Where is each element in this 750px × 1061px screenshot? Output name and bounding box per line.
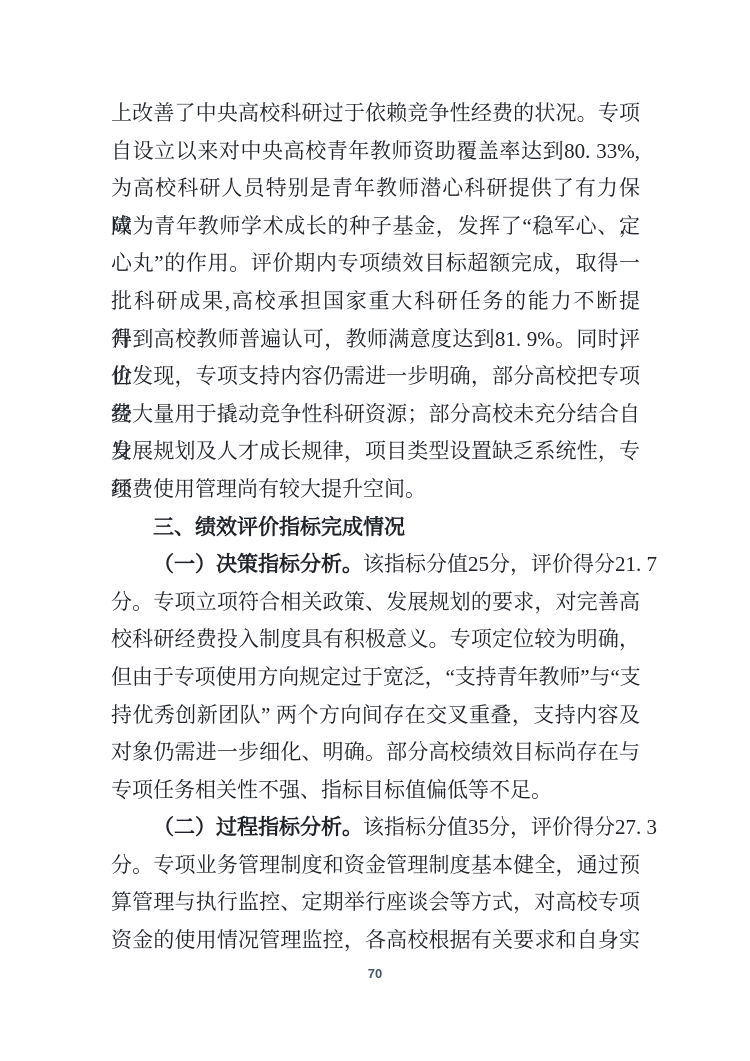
text-segment: 分。专项立项符合相关政策、发展规划的要求，对完善高 bbox=[111, 590, 640, 614]
text-line: 也发现，专项支持内容仍需进一步明确，部分高校把专项经 bbox=[111, 358, 640, 396]
text-segment: 持优秀创新团队” 两个方向间存在交叉重叠，支持内容及 bbox=[111, 703, 640, 727]
document-page: 上改善了中央高校科研过于依赖竞争性经费的状况。专项自设立以来对中央高校青年教师资… bbox=[0, 0, 750, 1061]
text-segment: 专项任务相关性不强、指标目标值偏低等不足。 bbox=[111, 778, 552, 802]
page-number: 70 bbox=[0, 966, 750, 981]
text-line: 分。专项业务管理制度和资金管理制度基本健全，通过预 bbox=[111, 847, 640, 885]
text-segment: 校科研经费投入制度具有积极意义。专项定位较为明确， bbox=[111, 627, 640, 651]
text-segment: 但由于专项使用方向规定过于宽泛，“支持青年教师”与“支 bbox=[111, 665, 640, 689]
text-line: 分。专项立项符合相关政策、发展规划的要求，对完善高 bbox=[111, 584, 640, 622]
text-segment: 分。专项业务管理制度和资金管理制度基本健全，通过预 bbox=[111, 853, 640, 877]
text-line: 校科研经费投入制度具有积极意义。专项定位较为明确， bbox=[111, 621, 640, 659]
text-segment: 经费使用管理尚有较大提升空间。 bbox=[111, 477, 426, 501]
text-segment: 三、绩效评价指标完成情况 bbox=[153, 516, 405, 539]
text-line: 心丸”的作用。评价期内专项绩效目标超额完成，取得一 bbox=[111, 245, 640, 283]
text-line: 为高校科研人员特别是青年教师潜心科研提供了有力保障， bbox=[111, 170, 640, 208]
text-segment: 上改善了中央高校科研过于依赖竞争性经费的状况。专项 bbox=[111, 101, 640, 125]
page-content: 上改善了中央高校科研过于依赖竞争性经费的状况。专项自设立以来对中央高校青年教师资… bbox=[111, 95, 640, 960]
text-segment: 该指标分值25分，评价得分21. 7 bbox=[363, 552, 657, 576]
text-segment: 对象仍需进一步细化、明确。部分高校绩效目标尚存在与 bbox=[111, 740, 640, 764]
text-line: 对象仍需进一步细化、明确。部分高校绩效目标尚存在与 bbox=[111, 734, 640, 772]
text-line: 费大量用于撬动竞争性科研资源；部分高校未充分结合自身 bbox=[111, 396, 640, 434]
text-segment: （一）决策指标分析。 bbox=[153, 552, 363, 576]
text-line: 发展规划及人才成长规律，项目类型设置缺乏系统性，专项 bbox=[111, 433, 640, 471]
text-segment: 算管理与执行监控、定期举行座谈会等方式，对高校专项 bbox=[111, 890, 640, 914]
text-line: 算管理与执行监控、定期举行座谈会等方式，对高校专项 bbox=[111, 884, 640, 922]
text-line: 上改善了中央高校科研过于依赖竞争性经费的状况。专项 bbox=[111, 95, 640, 133]
text-line: 但由于专项使用方向规定过于宽泛，“支持青年教师”与“支 bbox=[111, 659, 640, 697]
text-segment: 心丸”的作用。评价期内专项绩效目标超额完成，取得一 bbox=[111, 251, 640, 275]
text-segment: 该指标分值35分，评价得分27. 3 bbox=[363, 815, 657, 839]
text-line: 专项任务相关性不强、指标目标值偏低等不足。 bbox=[111, 772, 640, 810]
text-segment: 自设立以来对中央高校青年教师资助覆盖率达到80. 33%, bbox=[111, 139, 640, 163]
section-heading: 三、绩效评价指标完成情况 bbox=[111, 509, 640, 547]
text-line: 资金的使用情况管理监控，各高校根据有关要求和自身实 bbox=[111, 922, 640, 960]
text-line: 得到高校教师普遍认可，教师满意度达到81. 9%。同时评价 bbox=[111, 321, 640, 359]
text-line: 自设立以来对中央高校青年教师资助覆盖率达到80. 33%, bbox=[111, 133, 640, 171]
text-segment: （二）过程指标分析。 bbox=[153, 815, 363, 839]
text-line: 经费使用管理尚有较大提升空间。 bbox=[111, 471, 640, 509]
text-segment: 成为青年教师学术成长的种子基金，发挥了“稳军心、定 bbox=[111, 214, 640, 238]
text-line: 批科研成果,高校承担国家重大科研任务的能力不断提升， bbox=[111, 283, 640, 321]
text-line: （一）决策指标分析。该指标分值25分，评价得分21. 7 bbox=[111, 546, 640, 584]
text-segment: 资金的使用情况管理监控，各高校根据有关要求和自身实 bbox=[111, 928, 640, 952]
text-line: 成为青年教师学术成长的种子基金，发挥了“稳军心、定 bbox=[111, 208, 640, 246]
text-line: （二）过程指标分析。该指标分值35分，评价得分27. 3 bbox=[111, 809, 640, 847]
text-line: 持优秀创新团队” 两个方向间存在交叉重叠，支持内容及 bbox=[111, 697, 640, 735]
